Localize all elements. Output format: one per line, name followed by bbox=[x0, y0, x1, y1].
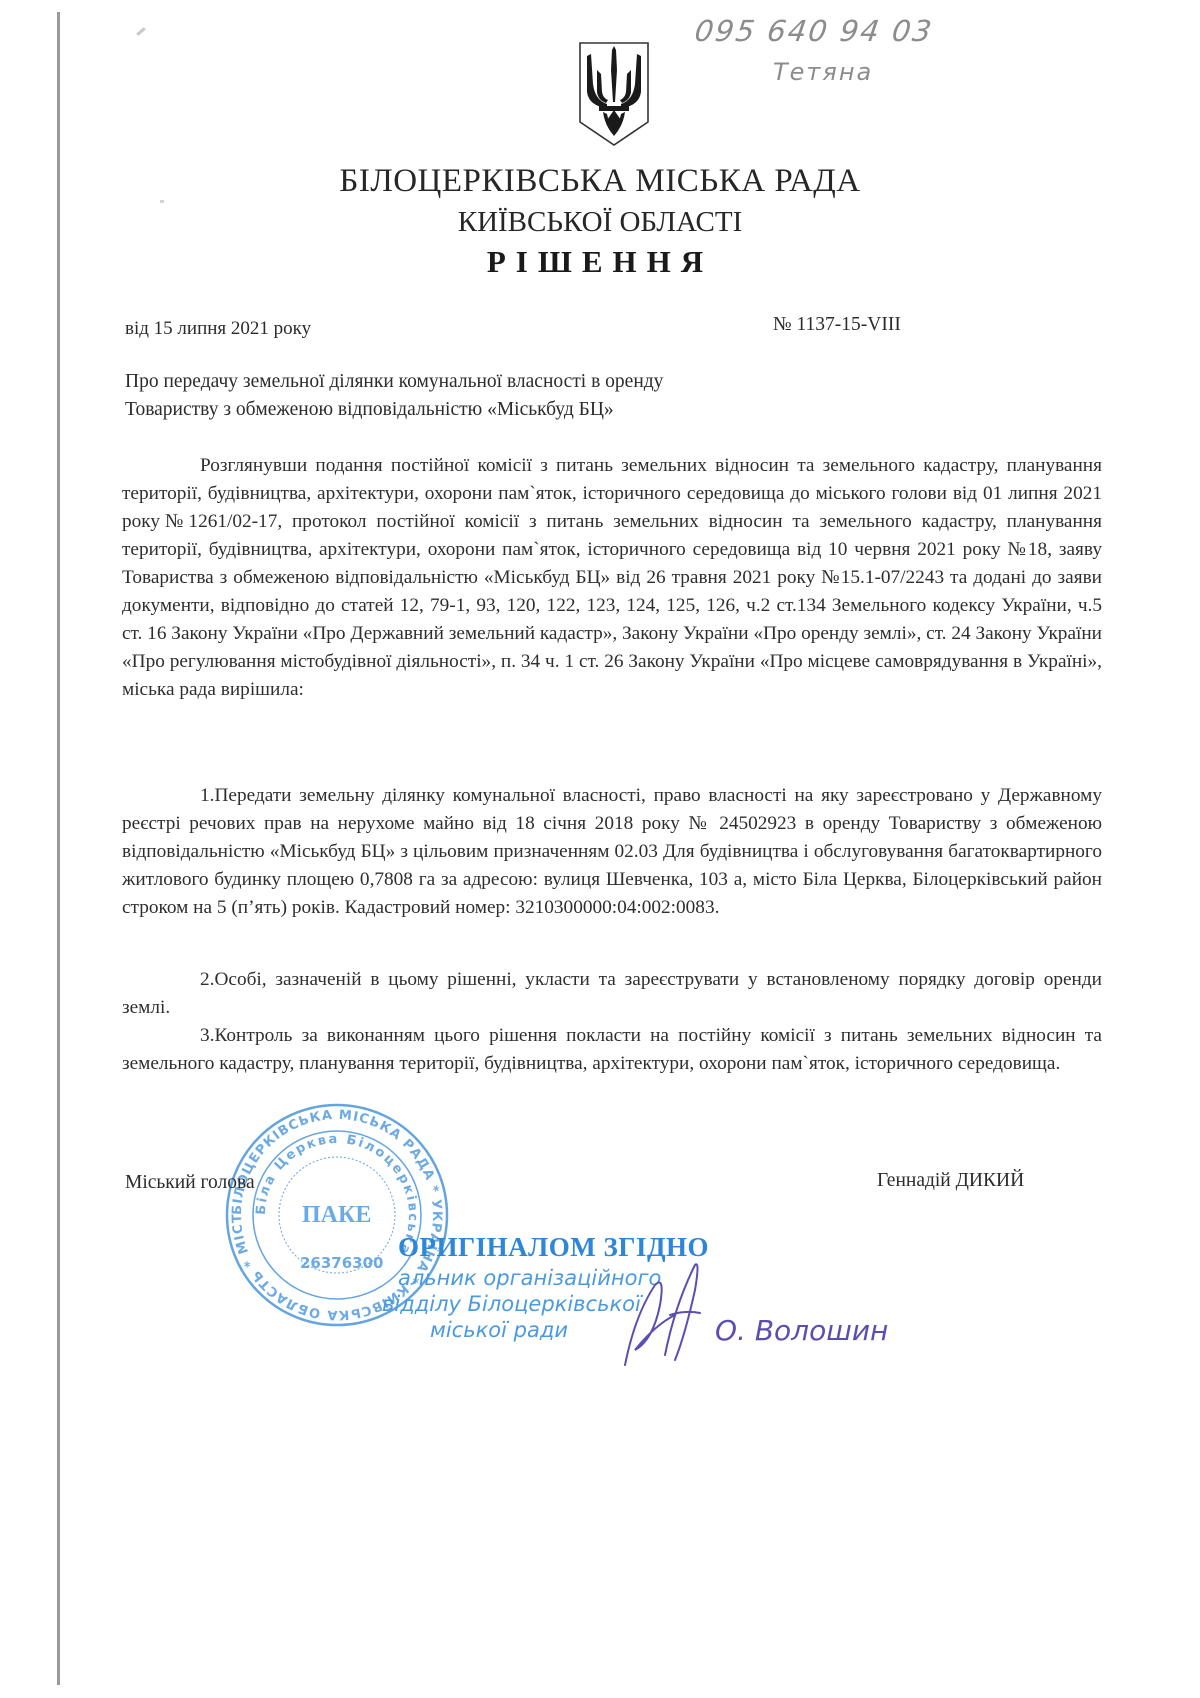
trident-emblem-icon bbox=[577, 40, 651, 148]
document-type: РІШЕННЯ bbox=[0, 244, 1200, 280]
decision-number: № 1137-15-VIII bbox=[773, 314, 901, 336]
svg-text:26376300: 26376300 bbox=[300, 1254, 384, 1272]
decision-item-text: 3.Контроль за виконанням цього рішення п… bbox=[122, 1022, 1102, 1078]
svg-text:ПАКЕ: ПАКЕ bbox=[302, 1202, 371, 1228]
certification-line: міської ради bbox=[430, 1318, 568, 1342]
scan-speck bbox=[136, 27, 146, 36]
council-name: БІЛОЦЕРКІВСЬКА МІСЬКА РАДА bbox=[0, 163, 1200, 200]
signatory-title: Міський голова bbox=[125, 1172, 255, 1194]
preamble: Розглянувши подання постійної комісії з … bbox=[122, 452, 1102, 704]
decision-item-text: 2.Особі, зазначеній в цьому рішенні, укл… bbox=[122, 966, 1102, 1022]
subject-line: Про передачу земельної ділянки комунальн… bbox=[125, 368, 663, 396]
decision-item-3: 3.Контроль за виконанням цього рішення п… bbox=[122, 1022, 1102, 1078]
decision-item-1: 1.Передати земельну ділянку комунальної … bbox=[122, 782, 1102, 922]
scan-speck bbox=[160, 200, 164, 203]
preamble-text: Розглянувши подання постійної комісії з … bbox=[122, 452, 1102, 704]
svg-text:О. Волошин: О. Волошин bbox=[715, 1314, 888, 1347]
subject-line: Товариству з обмеженою відповідальністю … bbox=[125, 396, 663, 424]
region-name: КИЇВСЬКОЇ ОБЛАСТІ bbox=[0, 206, 1200, 239]
decision-item-text: 1.Передати земельну ділянку комунальної … bbox=[122, 782, 1102, 922]
decision-subject: Про передачу земельної ділянки комунальн… bbox=[125, 368, 663, 424]
svg-text:Біла Церква Білоцерківська: Біла Церква Білоцерківська bbox=[254, 1132, 420, 1258]
handwritten-name: Тетяна bbox=[773, 58, 873, 86]
decision-date: від 15 липня 2021 року bbox=[125, 318, 311, 340]
handwritten-phone: 095 640 94 03 bbox=[693, 14, 936, 48]
handwritten-signature-icon: О. Волошин bbox=[615, 1255, 935, 1375]
signatory-name: Геннадій ДИКИЙ bbox=[877, 1170, 1024, 1192]
decision-item-2: 2.Особі, зазначеній в цьому рішенні, укл… bbox=[122, 966, 1102, 1022]
certification-line: відділу Білоцерківської bbox=[382, 1292, 641, 1316]
